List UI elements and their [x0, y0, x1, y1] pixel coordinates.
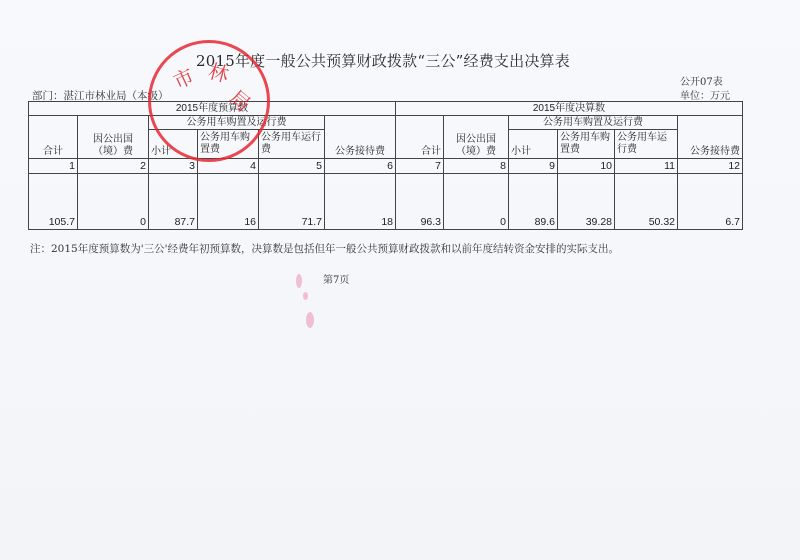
col-num: 3	[149, 159, 198, 174]
budget-reception-value: 18	[325, 174, 396, 230]
col-num: 9	[509, 159, 558, 174]
table-row: 105.7 0 87.7 16 71.7 18 96.3 0 89.6 39.2…	[29, 174, 743, 230]
final-subtotal-header: 小计	[509, 130, 558, 159]
budget-vehicle-operation-header: 公务用车运行费	[259, 130, 325, 159]
final-vehicle-subtotal-value: 89.6	[509, 174, 558, 230]
final-vehicle-operation-header: 公务用车运行费	[615, 130, 678, 159]
budget-total-value: 105.7	[29, 174, 78, 230]
budget-total-header: 合计	[29, 116, 78, 159]
final-reception-header: 公务接待费	[678, 116, 743, 159]
budget-subtotal-header: 小计	[149, 130, 198, 159]
column-number-row: 1 2 3 4 5 6 7 8 9 10 11 12	[29, 159, 743, 174]
final-reception-value: 6.7	[678, 174, 743, 230]
budget-vehicle-operation-value: 71.7	[259, 174, 325, 230]
budget-vehicle-purchase-header: 公务用车购置费	[198, 130, 259, 159]
document-title: 2015年度一般公共预算财政拨款“三公”经费支出决算表	[196, 50, 570, 71]
ink-smudge	[296, 274, 302, 288]
stamp-char: 市	[168, 60, 198, 95]
three-public-expenses-table: 2015年度预算数 2015年度决算数 合计 因公出国 （境）费 公务用车购置及…	[28, 101, 743, 230]
col-num: 1	[29, 159, 78, 174]
budget-abroad-value: 0	[78, 174, 149, 230]
page-number: 第7页	[323, 271, 349, 286]
unit-label: 单位：万元	[680, 87, 730, 102]
abroad-line2: （境）费	[80, 146, 146, 158]
col-num: 6	[325, 159, 396, 174]
budget-vehicle-group-header: 公务用车购置及运行费	[149, 116, 325, 130]
final-total-header: 合计	[396, 116, 444, 159]
final-vehicle-group-header: 公务用车购置及运行费	[509, 116, 678, 130]
ink-smudge	[303, 292, 308, 300]
budget-abroad-header: 因公出国 （境）费	[78, 116, 149, 159]
col-num: 5	[259, 159, 325, 174]
abroad-line2: （境）费	[446, 146, 506, 158]
abroad-line1: 因公出国	[80, 134, 146, 146]
col-num: 10	[558, 159, 615, 174]
col-num: 4	[198, 159, 259, 174]
final-abroad-header: 因公出国 （境）费	[444, 116, 509, 159]
form-code: 公开07表	[680, 73, 723, 88]
budget-group-header: 2015年度预算数	[29, 102, 396, 116]
scanned-page: 2015年度一般公共预算财政拨款“三公”经费支出决算表 公开07表 单位：万元 …	[0, 0, 800, 560]
col-num: 11	[615, 159, 678, 174]
final-group-header: 2015年度决算数	[396, 102, 743, 116]
col-num: 8	[444, 159, 509, 174]
footnote: 注：2015年度预算数为'三公'经费年初预算数，决算数是包括但年一般公共预算财政…	[30, 241, 619, 256]
budget-vehicle-subtotal-value: 87.7	[149, 174, 198, 230]
col-num: 7	[396, 159, 444, 174]
ink-smudge	[306, 312, 314, 328]
abroad-line1: 因公出国	[446, 134, 506, 146]
budget-reception-header: 公务接待费	[325, 116, 396, 159]
final-vehicle-purchase-value: 39.28	[558, 174, 615, 230]
final-abroad-value: 0	[444, 174, 509, 230]
final-vehicle-operation-value: 50.32	[615, 174, 678, 230]
final-total-value: 96.3	[396, 174, 444, 230]
budget-vehicle-purchase-value: 16	[198, 174, 259, 230]
final-vehicle-purchase-header: 公务用车购置费	[558, 130, 615, 159]
col-num: 2	[78, 159, 149, 174]
col-num: 12	[678, 159, 743, 174]
